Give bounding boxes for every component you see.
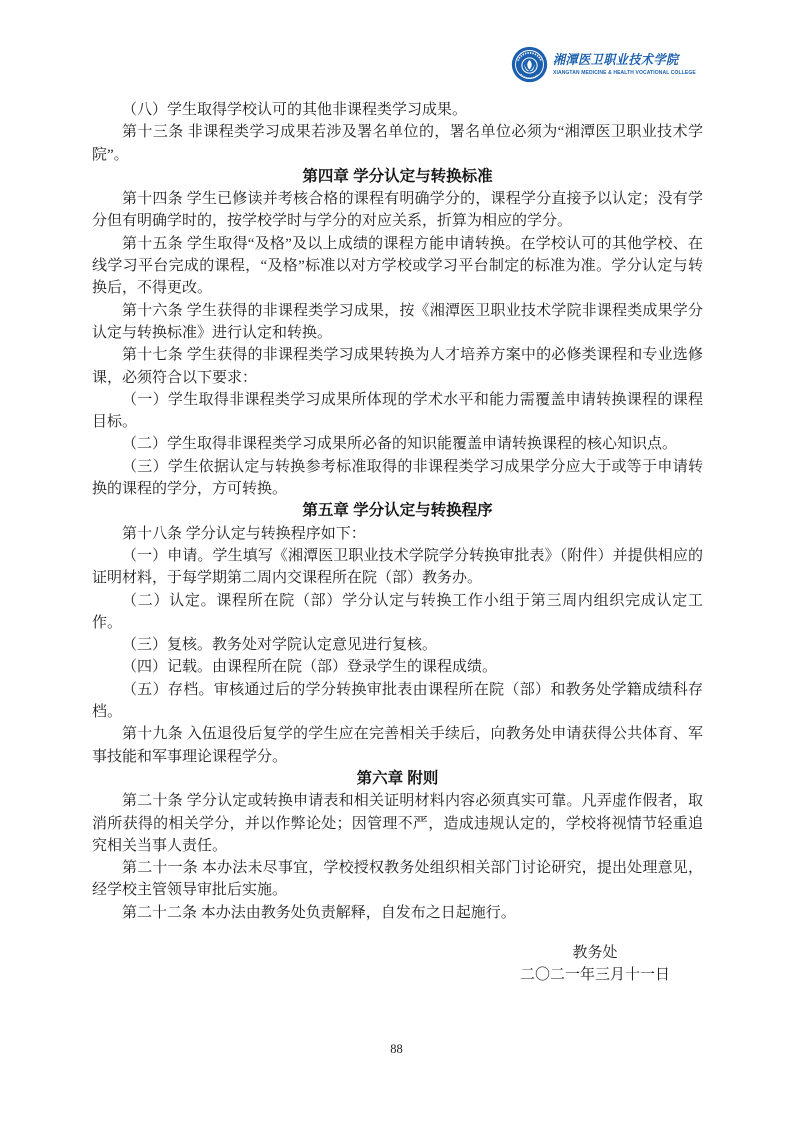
paragraph: （八）学生取得学校认可的其他非课程类学习成果。 <box>92 99 703 121</box>
paragraph: 第二十条 学分认定或转换申请表和相关证明材料内容必须真实可靠。凡弄虚作假者，取消… <box>92 790 703 857</box>
document-page: 湘潭医卫职业技术学院 XIANGTAN MEDICINE & HEALTH VO… <box>0 0 793 1122</box>
paragraph: 第十七条 学生获得的非课程类学习成果转换为人才培养方案中的必修类课程和专业选修课… <box>92 344 703 389</box>
paragraph: 第十五条 学生取得“及格”及以上成绩的课程方能申请转换。在学校认可的其他学校、在… <box>92 233 703 300</box>
header-logo: 湘潭医卫职业技术学院 XIANGTAN MEDICINE & HEALTH VO… <box>511 46 696 83</box>
signature-block: 教务处二〇二一年三月十一日 <box>520 942 670 987</box>
paragraph: （二）学生取得非课程类学习成果所必备的知识能覆盖申请转换课程的核心知识点。 <box>92 433 703 455</box>
paragraph: 第十九条 入伍退役后复学的学生应在完善相关手续后，向教务处申请获得公共体育、军事… <box>92 723 703 768</box>
document-body: （八）学生取得学校认可的其他非课程类学习成果。第十三条 非课程类学习成果若涉及署… <box>92 99 703 987</box>
paragraph: 第十六条 学生获得的非课程类学习成果，按《湘潭医卫职业技术学院非课程类成果学分认… <box>92 300 703 345</box>
page-number: 88 <box>0 1042 793 1057</box>
paragraph: （五）存档。审核通过后的学分转换审批表由课程所在院（部）和教务处学籍成绩科存档。 <box>92 679 703 724</box>
paragraph: （三）复核。教务处对学院认定意见进行复核。 <box>92 634 703 656</box>
signature-line: 二〇二一年三月十一日 <box>520 964 670 986</box>
college-name-zh: 湘潭医卫职业技术学院 <box>553 53 686 68</box>
chapter-heading: 第五章 学分认定与转换程序 <box>92 500 703 522</box>
chapter-heading: 第六章 附则 <box>92 768 703 790</box>
paragraph: 第十八条 学分认定与转换程序如下： <box>92 523 703 545</box>
paragraph: （一）申请。学生填写《湘潭医卫职业技术学院学分转换审批表》（附件）并提供相应的证… <box>92 545 703 590</box>
chapter-heading: 第四章 学分认定与转换标准 <box>92 166 703 188</box>
paragraph: （三）学生依据认定与转换参考标准取得的非课程类学习成果学分应大于或等于申请转换的… <box>92 456 703 501</box>
paragraph: 第十三条 非课程类学习成果若涉及署名单位的，署名单位必须为“湘潭医卫职业技术学院… <box>92 121 703 166</box>
college-emblem-icon <box>511 46 548 83</box>
paragraph: 第十四条 学生已修读并考核合格的课程有明确学分的，课程学分直接予以认定；没有学分… <box>92 188 703 233</box>
paragraph: 第二十一条 本办法未尽事宜，学校授权教务处组织相关部门讨论研究，提出处理意见，经… <box>92 857 703 902</box>
paragraph: 第二十二条 本办法由教务处负责解释，自发布之日起施行。 <box>92 902 703 924</box>
college-name-block: 湘潭医卫职业技术学院 XIANGTAN MEDICINE & HEALTH VO… <box>553 53 696 76</box>
paragraph: （四）记载。由课程所在院（部）登录学生的课程成绩。 <box>92 656 703 678</box>
signature-line: 教务处 <box>520 942 670 964</box>
paragraph: （二）认定。课程所在院（部）学分认定与转换工作小组于第三周内组织完成认定工作。 <box>92 590 703 635</box>
college-name-en: XIANGTAN MEDICINE & HEALTH VOCATIONAL CO… <box>553 70 696 76</box>
paragraph: （一）学生取得非课程类学习成果所体现的学术水平和能力需覆盖申请转换课程的课程目标… <box>92 389 703 434</box>
